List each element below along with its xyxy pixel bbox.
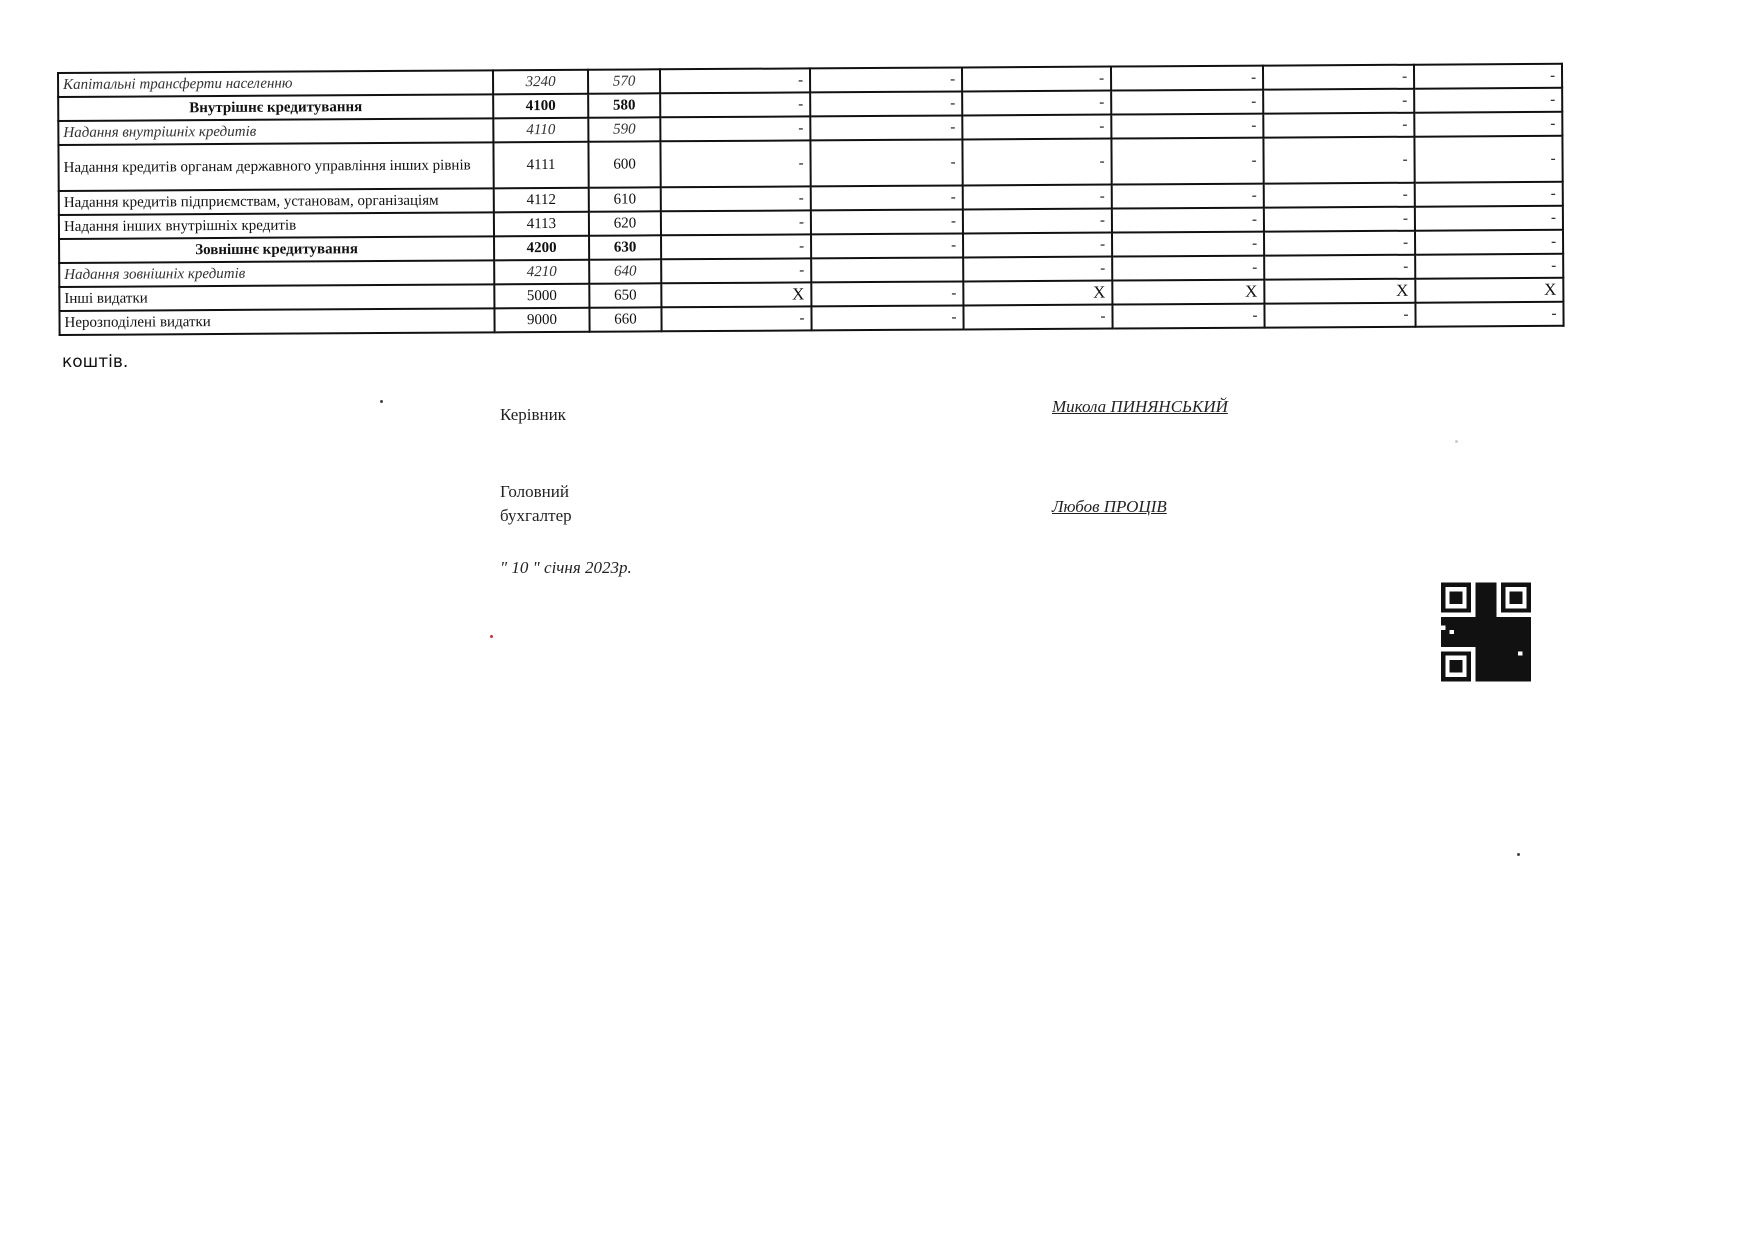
value-cell: - [962,115,1111,140]
document-date: " 10 " січня 2023р. [500,558,632,578]
value-cell: - [1112,256,1264,281]
value-cell: - [660,140,810,187]
value-cell: - [660,116,810,141]
value-cell: - [660,68,810,93]
row-label: Інші видатки [59,284,494,311]
row-code: 4113 [494,212,589,237]
accountant-name: Любов ПРОЦІВ [1052,497,1167,517]
row-code: 5000 [494,284,589,309]
row-number: 660 [589,307,661,331]
trailing-text: коштів. [62,352,128,372]
value-cell: - [811,185,963,210]
row-number: 640 [589,259,661,283]
scan-speck [380,400,383,403]
row-number: 580 [588,93,660,117]
row-label: Надання кредитів органам державного упра… [58,142,493,191]
row-label: Надання інших внутрішніх кредитів [59,212,494,239]
value-cell: - [811,305,963,330]
value-cell: - [962,91,1111,116]
value-cell: - [1111,114,1263,139]
row-code: 4110 [493,118,588,143]
value-cell: - [1263,89,1414,114]
row-label: Внутрішнє кредитування [58,94,493,121]
value-cell: - [661,210,811,235]
value-cell: - [1263,137,1414,184]
value-cell: - [1111,66,1263,91]
row-code: 3240 [493,70,588,95]
head-name: Микола ПИНЯНСЬКИЙ [1052,397,1228,417]
accountant-label-line1: Головний [500,482,569,502]
value-cell: - [963,305,1112,330]
row-number: 620 [589,211,661,235]
row-code: 4100 [493,94,588,119]
value-cell: - [810,67,962,92]
value-cell: - [1112,304,1264,329]
value-cell: - [661,186,811,211]
value-cell: - [811,233,963,258]
row-number: 590 [588,117,660,141]
value-cell: - [1263,65,1414,90]
value-cell: - [1414,88,1562,113]
value-cell: - [962,139,1111,186]
value-cell: - [1264,303,1415,328]
value-cell: - [1415,206,1563,231]
scan-speck [1455,440,1458,443]
value-cell: - [1112,208,1264,233]
value-cell: - [963,209,1112,234]
value-cell: - [1264,255,1415,280]
accountant-label-line2: бухгалтер [500,506,572,526]
row-code: 4112 [494,188,589,213]
row-label: Надання внутрішніх кредитів [58,118,493,145]
value-cell: - [1264,183,1415,208]
row-number: 650 [589,283,661,307]
row-number: 570 [588,69,660,93]
value-cell: - [1414,136,1562,183]
head-label: Керівник [500,405,566,425]
scan-speck [490,635,493,638]
qr-code-icon [1441,582,1531,682]
value-cell: - [1415,254,1563,279]
value-cell: - [810,91,962,116]
value-cell: - [811,281,963,306]
document-page: Капітальні трансферти населенню3240570--… [0,0,1753,1240]
value-cell: - [1111,90,1263,115]
row-label: Зовнішнє кредитування [59,236,494,263]
budget-report-table: Капітальні трансферти населенню3240570--… [57,63,1565,336]
row-label: Надання кредитів підприємствам, установа… [59,188,494,215]
row-label: Нерозподілені видатки [59,308,494,335]
row-code: 4210 [494,260,589,285]
value-cell [811,257,963,282]
value-cell: - [661,306,811,331]
value-cell: - [1415,182,1563,207]
row-number: 630 [589,235,661,259]
value-cell: - [962,67,1111,92]
value-cell: - [1415,302,1563,327]
value-cell: - [1111,138,1263,185]
value-cell: - [811,209,963,234]
value-cell: - [810,115,962,140]
value-cell: - [1414,64,1562,89]
value-cell: - [1414,112,1562,137]
value-cell: X [1415,278,1563,303]
value-cell: - [1264,207,1415,232]
value-cell: X [1264,279,1415,304]
row-code: 4200 [494,236,589,261]
row-code: 9000 [494,308,589,333]
row-number: 600 [588,141,660,187]
row-number: 610 [589,187,661,211]
value-cell: - [963,185,1112,210]
value-cell: - [1112,184,1264,209]
value-cell: - [661,234,811,259]
row-code: 4111 [493,142,588,189]
value-cell: X [661,282,811,307]
value-cell: - [1112,232,1264,257]
value-cell: - [963,257,1112,282]
value-cell: - [1264,231,1415,256]
value-cell: - [810,139,962,186]
row-label: Надання зовнішніх кредитів [59,260,494,287]
value-cell: - [1263,113,1414,138]
value-cell: X [963,281,1112,306]
value-cell: - [661,258,811,283]
value-cell: X [1112,280,1264,305]
scan-speck [1517,853,1520,856]
value-cell: - [1415,230,1563,255]
row-label: Капітальні трансферти населенню [58,70,493,97]
value-cell: - [963,233,1112,258]
value-cell: - [660,92,810,117]
